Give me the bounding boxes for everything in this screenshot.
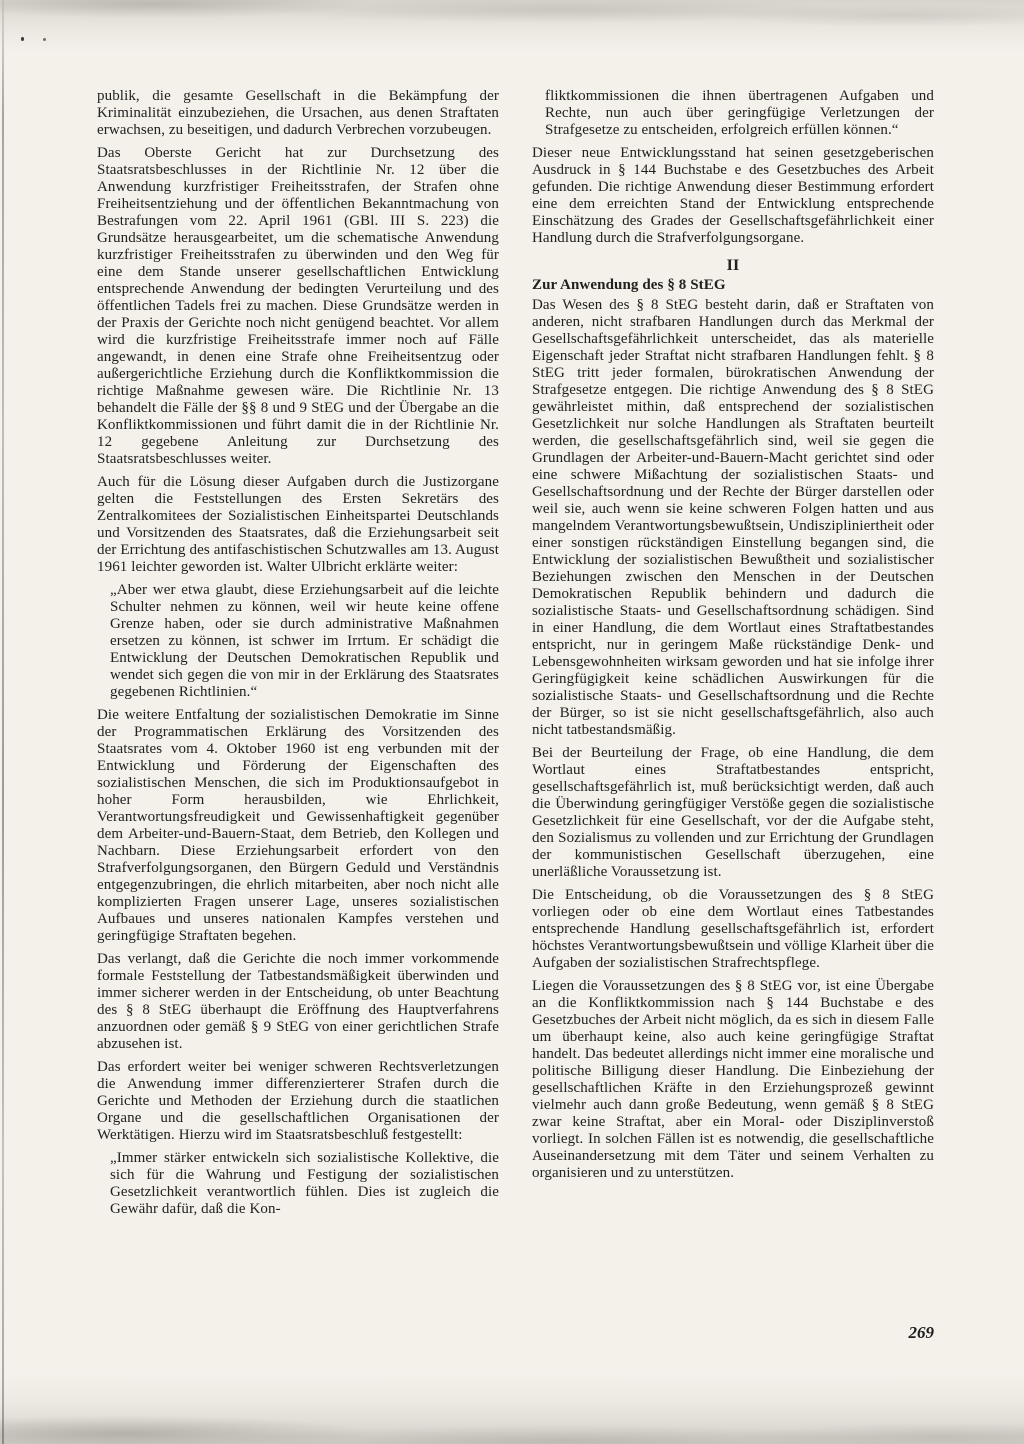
- scan-speck: [21, 37, 24, 41]
- paragraph: Das erfordert weiter bei weniger schwere…: [97, 1059, 499, 1144]
- section-title: Zur Anwendung des § 8 StEG: [532, 277, 934, 294]
- text-column-right: fliktkommissionen die ihnen übertragenen…: [532, 88, 934, 1188]
- scan-noise-top: [0, 0, 1024, 52]
- paragraph: Das Wesen des § 8 StEG besteht darin, da…: [532, 297, 934, 739]
- paragraph: publik, die gesamte Gesellschaft in die …: [97, 88, 499, 139]
- scan-noise-bottom: [0, 1374, 1024, 1444]
- paragraph: Liegen die Voraussetzungen des § 8 StEG …: [532, 978, 934, 1182]
- document-page: publik, die gesamte Gesellschaft in die …: [0, 0, 1024, 1444]
- paragraph: Dieser neue Entwicklungsstand hat seinen…: [532, 145, 934, 247]
- paragraph: Auch für die Lösung dieser Aufgaben durc…: [97, 474, 499, 576]
- scan-edge-line: [2, 0, 4, 1444]
- paragraph: Die weitere Entfaltung der sozialistisch…: [97, 707, 499, 945]
- quote-paragraph: „Aber wer etwa glaubt, diese Erziehungsa…: [97, 582, 499, 701]
- paragraph: Das verlangt, daß die Gerichte die noch …: [97, 951, 499, 1053]
- scan-speck: [43, 38, 46, 41]
- quote-paragraph: fliktkommissionen die ihnen übertragenen…: [532, 88, 934, 139]
- text-column-left: publik, die gesamte Gesellschaft in die …: [97, 88, 499, 1224]
- paragraph: Das Oberste Gericht hat zur Durchsetzung…: [97, 145, 499, 468]
- paragraph: Die Entscheidung, ob die Voraussetzungen…: [532, 887, 934, 972]
- paragraph: Bei der Beurteilung der Frage, ob eine H…: [532, 745, 934, 881]
- quote-paragraph: „Immer stärker entwickeln sich sozialist…: [97, 1150, 499, 1218]
- page-number: 269: [532, 1323, 934, 1343]
- section-number-heading: II: [532, 257, 934, 274]
